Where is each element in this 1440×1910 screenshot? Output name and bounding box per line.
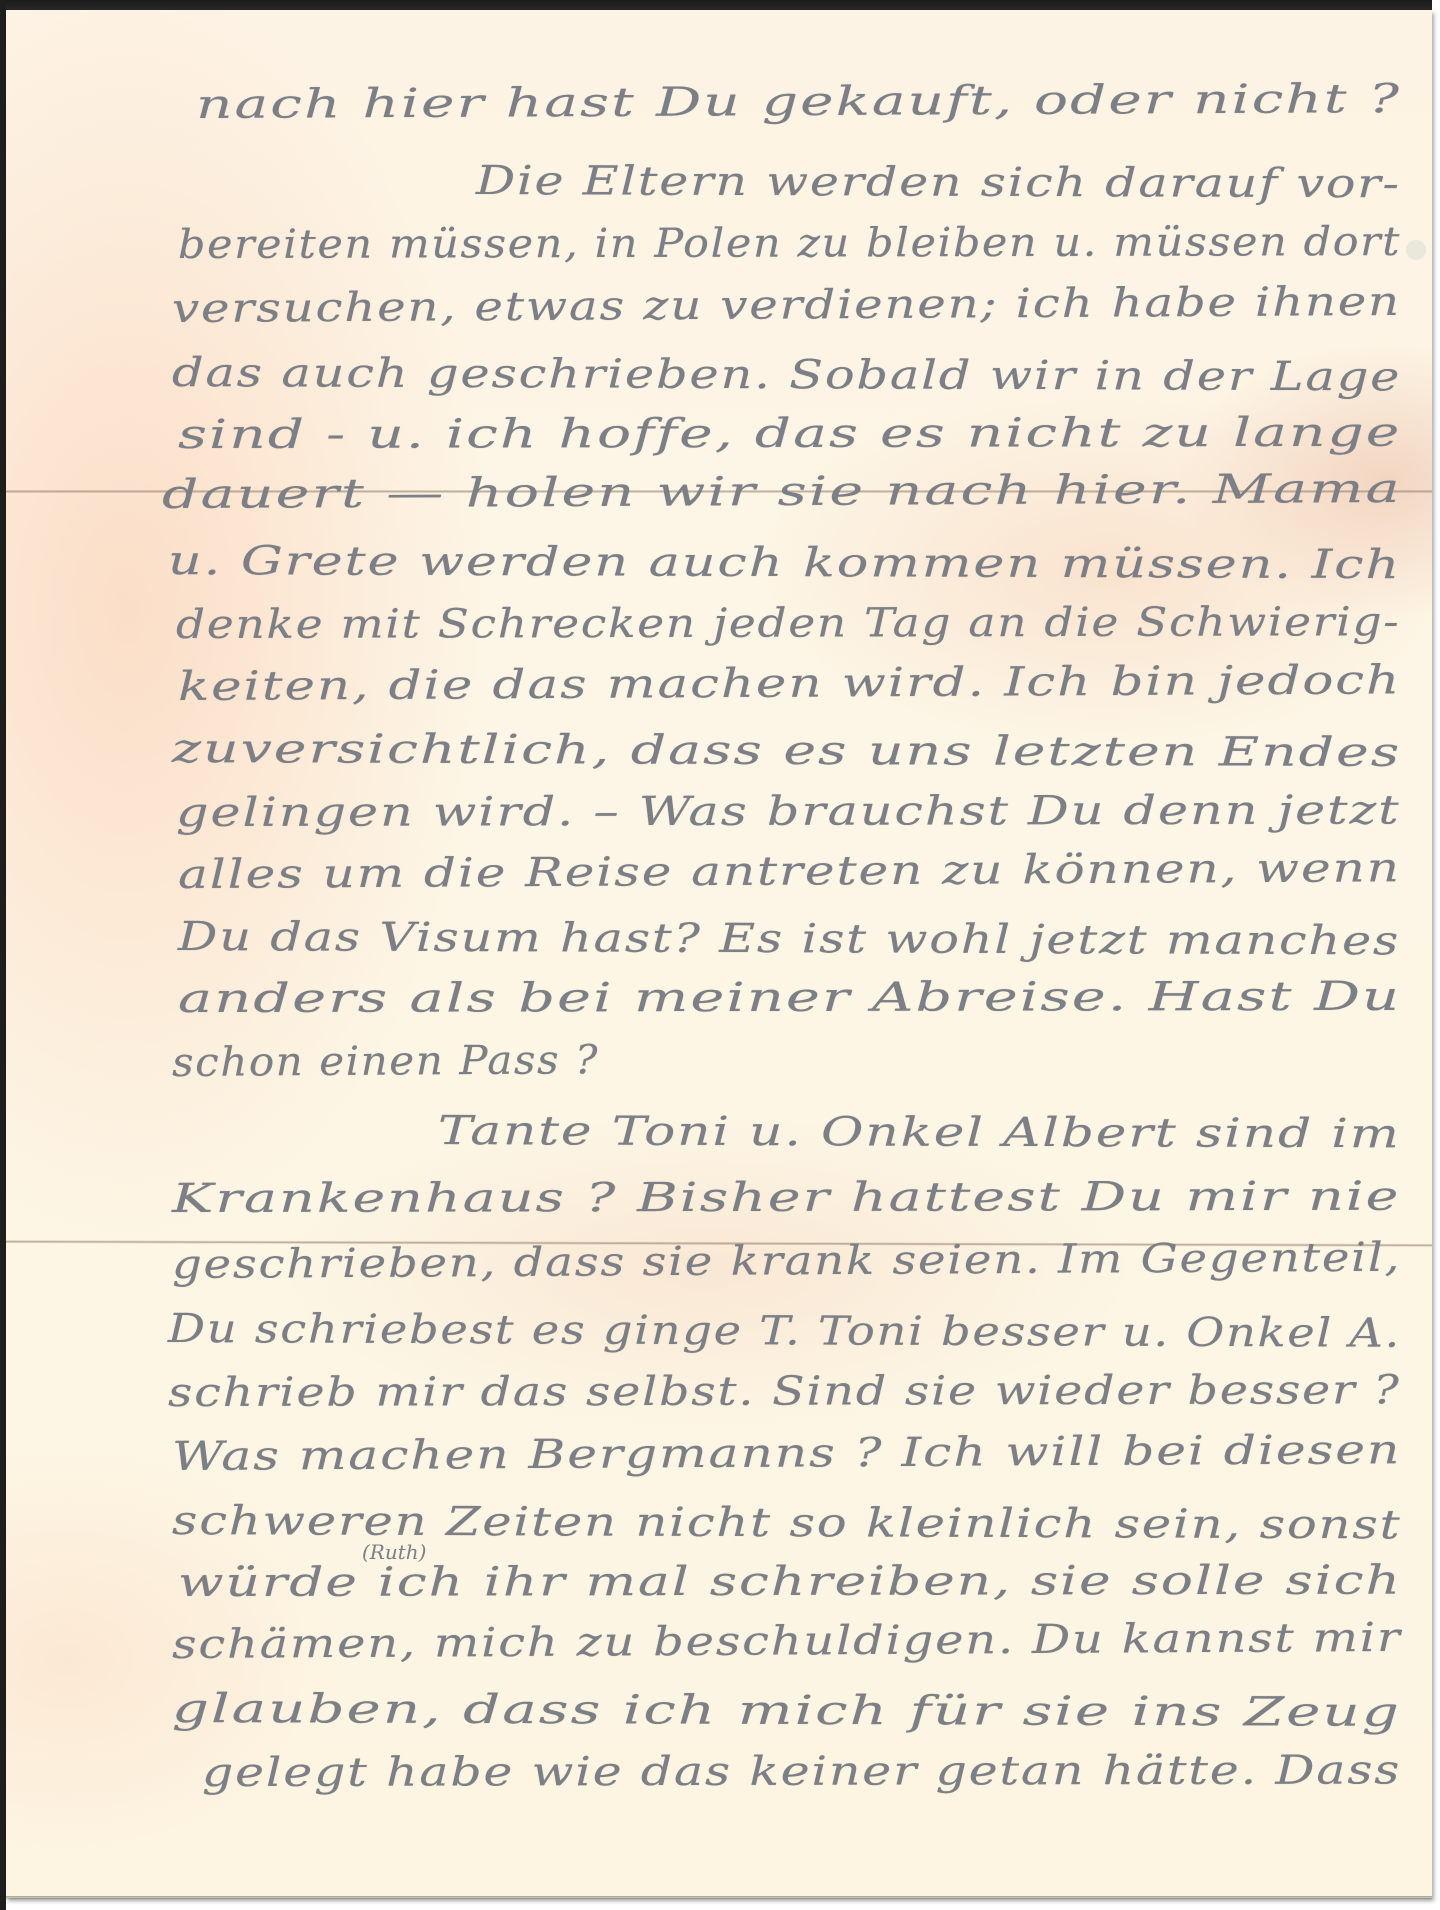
- letter-line: denke mit Schrecken jeden Tag an die Sch…: [176, 599, 1400, 648]
- letter-line: schweren Zeiten nicht so kleinlich sein,…: [172, 1498, 1402, 1548]
- letter-line: schrieb mir das selbst. Sind sie wieder …: [168, 1367, 1401, 1416]
- letter-line: dauert — holen wir sie nach hier. Mama: [162, 466, 1402, 518]
- letter-line: geschrieben, dass sie krank seien. Im Ge…: [172, 1235, 1401, 1288]
- letter-line: Du schriebest es ginge T. Toni besser u.…: [168, 1306, 1401, 1357]
- letter-line: gelingen wird. – Was brauchst Du denn je…: [176, 787, 1401, 836]
- letter-line: glauben, dass ich mich für sie ins Zeug: [172, 1686, 1401, 1736]
- sheet-shadow: [6, 1896, 1432, 1900]
- letter-line: versuchen, etwas zu verdienen; ich habe …: [172, 279, 1401, 332]
- scan-artifact: [1406, 240, 1426, 260]
- interlinear-annotation: (Ruth): [362, 1540, 426, 1564]
- letter-line: Tante Toni u. Onkel Albert sind im: [438, 1108, 1401, 1157]
- letter-line: Die Eltern werden sich darauf vor-: [476, 158, 1401, 207]
- letter-line: Du das Visum hast? Es ist wohl jetzt man…: [178, 914, 1400, 964]
- letter-line: anders als bei meiner Abreise. Hast Du: [178, 974, 1401, 1022]
- letter-line: das auch geschrieben. Sobald wir in der …: [172, 350, 1402, 400]
- handwritten-body: nach hier hast Du gekauft, oder nicht ? …: [6, 10, 1432, 1898]
- letter-line: Krankenhaus ? Bisher hattest Du mir nie: [172, 1174, 1401, 1222]
- letter-sheet: nach hier hast Du gekauft, oder nicht ? …: [6, 10, 1432, 1898]
- letter-line: u. Grete werden auch kommen müssen. Ich: [168, 538, 1401, 588]
- letter-line: alles um die Reise antreten zu können, w…: [178, 845, 1401, 898]
- letter-line: gelegt habe wie das keiner getan hätte. …: [202, 1747, 1401, 1796]
- letter-line: sind - u. ich hoffe, das es nicht zu lan…: [178, 410, 1402, 458]
- letter-line: nach hier hast Du gekauft, oder nicht ?: [196, 76, 1402, 128]
- letter-line: schon einen Pass ?: [172, 1037, 599, 1086]
- letter-line: bereiten müssen, in Polen zu bleiben u. …: [178, 219, 1401, 268]
- letter-line: würde ich ihr mal schreiben, sie solle s…: [178, 1558, 1402, 1606]
- scanned-letter: nach hier hast Du gekauft, oder nicht ? …: [0, 0, 1440, 1910]
- letter-line: zuversichtlich, dass es uns letzten Ende…: [172, 726, 1401, 776]
- letter-line: Was machen Bergmanns ? Ich will bei dies…: [172, 1427, 1402, 1480]
- letter-line: schämen, mich zu beschuldigen. Du kannst…: [172, 1615, 1402, 1668]
- letter-line: keiten, die das machen wird. Ich bin jed…: [178, 657, 1402, 710]
